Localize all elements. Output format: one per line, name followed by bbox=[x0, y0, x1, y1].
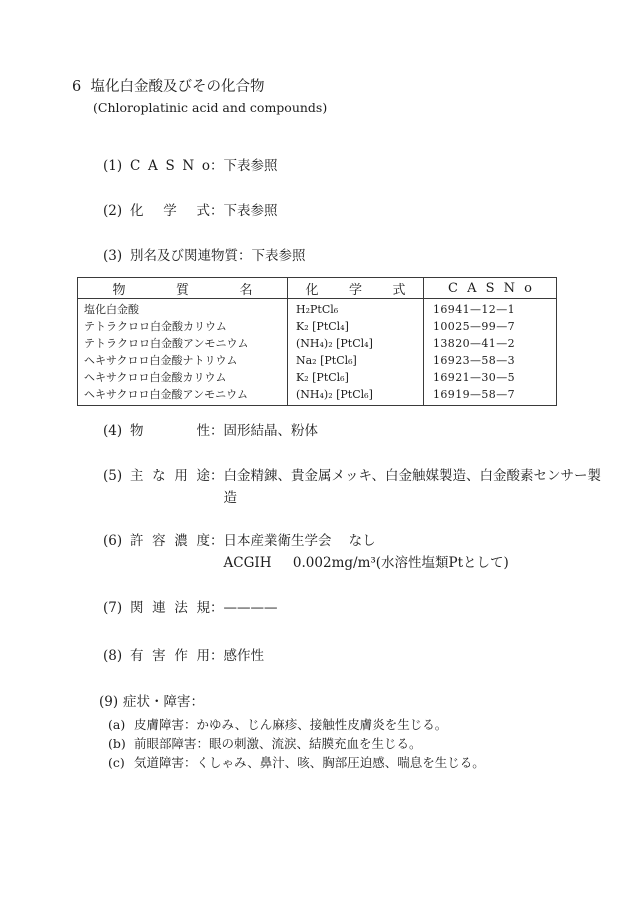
item-number: (1) bbox=[103, 155, 130, 177]
item-number: (7) bbox=[103, 597, 130, 619]
item-number: (4) bbox=[103, 420, 130, 442]
item-label: 許 容 濃 度 bbox=[130, 530, 210, 574]
cell-cas-no: 16923—58—3 bbox=[424, 353, 557, 370]
item-content: 白金精錬、貴金属メッキ、白金触媒製造、白金酸素センサー製 造 bbox=[224, 465, 601, 509]
item-number: (2) bbox=[103, 200, 130, 222]
item-harmful-effects: (8)有 害 作 用：感作性 bbox=[103, 645, 264, 667]
item-number: (6) bbox=[103, 530, 130, 574]
subitem-number: (a) bbox=[108, 715, 134, 734]
cell-formula: H₂PtCl₆ bbox=[288, 299, 424, 319]
item-label: 有 害 作 用 bbox=[130, 645, 210, 667]
cell-substance-name: テトラクロロ白金酸カリウム bbox=[78, 319, 288, 336]
table-header-row: 物 質 名 化 学 式 C A S N o bbox=[78, 278, 557, 299]
subitem-number: (b) bbox=[108, 734, 134, 753]
table-header-chemical-formula: 化 学 式 bbox=[288, 278, 424, 299]
item-label: 症状・障害： bbox=[123, 692, 204, 712]
item-colon: ： bbox=[210, 597, 224, 619]
cell-formula: K₂ [PtCl₆] bbox=[288, 370, 424, 387]
item-content: 下表参照 bbox=[224, 200, 278, 222]
item-number: (3) bbox=[103, 245, 130, 267]
cell-cas-no: 10025—99—7 bbox=[424, 319, 557, 336]
cell-formula: (NH₄)₂ [PtCl₆] bbox=[288, 387, 424, 406]
table-row: ヘキサクロロ白金酸ナトリウム Na₂ [PtCl₆] 16923—58—3 bbox=[78, 353, 557, 370]
item-chemical-formula: (2)化 学 式：下表参照 bbox=[103, 200, 278, 222]
subitem-text: 前眼部障害：眼の刺激、流涙、結膜充血を生じる。 bbox=[134, 734, 422, 753]
header-label: 化 学 式 bbox=[306, 279, 406, 298]
table-header-cas-no: C A S N o bbox=[424, 278, 557, 299]
subitem-airway-disorder: (c)気道障害：くしゃみ、鼻汁、咳、胸部圧迫感、喘息を生じる。 bbox=[108, 753, 485, 772]
item-label: 化 学 式 bbox=[130, 200, 210, 222]
item-label: 別名及び関連物質 bbox=[130, 245, 238, 267]
item-colon: ： bbox=[210, 530, 224, 574]
item-permissible-concentration: (6)許 容 濃 度：日本産業衛生学会 なし ACGIH 0.002mg/m³(… bbox=[103, 530, 509, 574]
item-main-uses: (5)主 な 用 途：白金精錬、貴金属メッキ、白金触媒製造、白金酸素センサー製 … bbox=[103, 465, 601, 509]
item-number: (5) bbox=[103, 465, 130, 509]
item-label: 主 な 用 途 bbox=[130, 465, 210, 509]
item-colon: ： bbox=[210, 155, 224, 177]
item-related-laws: (7)関 連 法 規：———— bbox=[103, 597, 278, 619]
cell-formula: (NH₄)₂ [PtCl₄] bbox=[288, 336, 424, 353]
item-content: ———— bbox=[224, 597, 278, 619]
item-colon: ： bbox=[210, 465, 224, 509]
item-colon: ： bbox=[210, 200, 224, 222]
subitem-text: 皮膚障害：かゆみ、じん麻疹、接触性皮膚炎を生じる。 bbox=[134, 715, 447, 734]
header-label: C A S N o bbox=[448, 281, 532, 296]
item-content: 感作性 bbox=[224, 645, 265, 667]
item-colon: ： bbox=[238, 245, 252, 267]
item-number: (9) bbox=[99, 692, 123, 712]
item-cas-no: (1)C A S N o：下表参照 bbox=[103, 155, 278, 177]
item-number: (8) bbox=[103, 645, 130, 667]
item-colon: ： bbox=[210, 420, 224, 442]
item-colon: ： bbox=[210, 645, 224, 667]
item-content: 日本産業衛生学会 なし ACGIH 0.002mg/m³(水溶性塩類Ptとして) bbox=[224, 530, 509, 574]
item-label: C A S N o bbox=[130, 155, 210, 177]
header-label: 物 質 名 bbox=[113, 279, 253, 298]
item-properties: (4)物 性：固形結晶、粉体 bbox=[103, 420, 318, 442]
cell-substance-name: 塩化白金酸 bbox=[78, 299, 288, 319]
cell-formula: Na₂ [PtCl₆] bbox=[288, 353, 424, 370]
cell-substance-name: ヘキサクロロ白金酸ナトリウム bbox=[78, 353, 288, 370]
subitem-skin-disorder: (a)皮膚障害：かゆみ、じん麻疹、接触性皮膚炎を生じる。 bbox=[108, 715, 447, 734]
cell-formula: K₂ [PtCl₄] bbox=[288, 319, 424, 336]
cell-substance-name: テトラクロロ白金酸アンモニウム bbox=[78, 336, 288, 353]
table-row: テトラクロロ白金酸カリウム K₂ [PtCl₄] 10025—99—7 bbox=[78, 319, 557, 336]
table-row: テトラクロロ白金酸アンモニウム (NH₄)₂ [PtCl₄] 13820—41—… bbox=[78, 336, 557, 353]
cell-substance-name: ヘキサクロロ白金酸アンモニウム bbox=[78, 387, 288, 406]
item-aliases-related-substances: (3)別名及び関連物質：下表参照 bbox=[103, 245, 306, 267]
item-content: 下表参照 bbox=[224, 155, 278, 177]
item-symptoms-disorders: (9)症状・障害： bbox=[99, 692, 204, 712]
substance-table: 物 質 名 化 学 式 C A S N o 塩化白金酸 H₂PtCl₆ 1694… bbox=[77, 277, 557, 406]
item-content: 下表参照 bbox=[252, 245, 306, 267]
document-page: 6 塩化白金酸及びその化合物 (Chloroplatinic acid and … bbox=[0, 0, 630, 916]
table-row: ヘキサクロロ白金酸カリウム K₂ [PtCl₆] 16921—30—5 bbox=[78, 370, 557, 387]
subitem-text: 気道障害：くしゃみ、鼻汁、咳、胸部圧迫感、喘息を生じる。 bbox=[134, 753, 485, 772]
item-label: 関 連 法 規 bbox=[130, 597, 210, 619]
subitem-eye-disorder: (b)前眼部障害：眼の刺激、流涙、結膜充血を生じる。 bbox=[108, 734, 422, 753]
cell-cas-no: 16921—30—5 bbox=[424, 370, 557, 387]
subitem-number: (c) bbox=[108, 753, 134, 772]
page-subtitle: (Chloroplatinic acid and compounds) bbox=[93, 100, 327, 116]
table-row: ヘキサクロロ白金酸アンモニウム (NH₄)₂ [PtCl₆] 16919—58—… bbox=[78, 387, 557, 406]
table-row: 塩化白金酸 H₂PtCl₆ 16941—12—1 bbox=[78, 299, 557, 319]
table-header-substance-name: 物 質 名 bbox=[78, 278, 288, 299]
cell-cas-no: 16919—58—7 bbox=[424, 387, 557, 406]
page-title: 6 塩化白金酸及びその化合物 bbox=[72, 78, 264, 96]
cell-cas-no: 13820—41—2 bbox=[424, 336, 557, 353]
cell-cas-no: 16941—12—1 bbox=[424, 299, 557, 319]
item-content: 固形結晶、粉体 bbox=[224, 420, 319, 442]
item-label: 物 性 bbox=[130, 420, 210, 442]
cell-substance-name: ヘキサクロロ白金酸カリウム bbox=[78, 370, 288, 387]
